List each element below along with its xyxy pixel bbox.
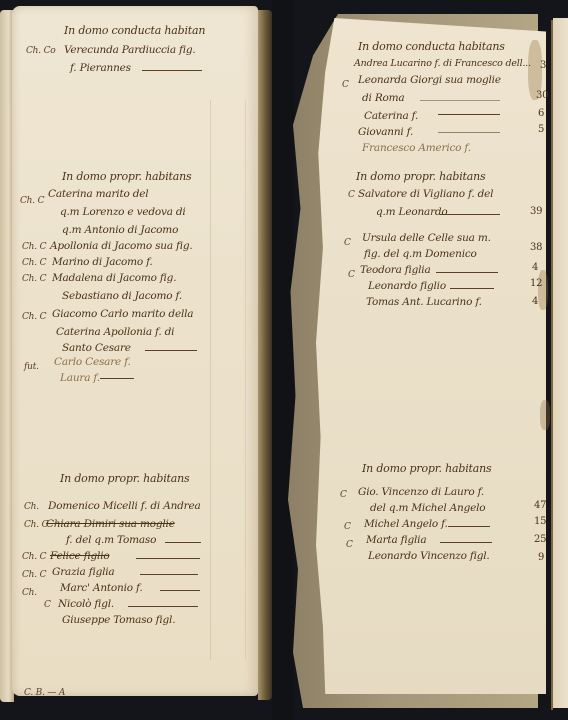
entry-margin-mark: Ch. C xyxy=(20,196,44,206)
entry-name: Verecunda Pardiuccia fig. xyxy=(64,44,196,56)
entry-age: 12 xyxy=(530,278,542,289)
entry-name: del q.m Michel Angelo xyxy=(370,502,485,514)
entry-margin-mark: fut. xyxy=(24,362,39,372)
entry-margin-mark: C xyxy=(342,80,349,90)
entry-name: q.m Antonio di Jacomo xyxy=(62,224,178,236)
entry-age: 15 xyxy=(534,516,546,527)
page-crease xyxy=(210,100,246,660)
entry-rule xyxy=(440,542,492,543)
entry-margin-mark: Ch. C xyxy=(22,312,46,322)
entry-age: 3 xyxy=(540,60,546,71)
entry-name: Nicolò figl. xyxy=(58,598,114,610)
entry-margin-mark: Ch. C xyxy=(22,242,46,252)
entry-name: Caterina f. xyxy=(364,110,418,122)
manuscript-scan: In domo conducta habitan Ch. Co Verecund… xyxy=(0,0,568,720)
household-heading: In domo conducta habitans xyxy=(358,40,505,53)
entry-name: Caterina marito del xyxy=(48,188,148,200)
entry-name: Marino di Jacomo f. xyxy=(52,256,153,268)
next-page-edge xyxy=(553,18,568,708)
entry-name: di Roma xyxy=(362,92,404,104)
entry-rule xyxy=(145,350,197,351)
entry-margin-mark: C xyxy=(344,522,351,532)
entry-name: Salvatore di Vigliano f. del xyxy=(358,188,493,200)
entry-rule xyxy=(140,574,198,575)
entry-age: 9 xyxy=(538,552,544,563)
entry-rule xyxy=(436,272,498,273)
book-gutter xyxy=(272,0,294,720)
entry-name: Leonardo Vincenzo figl. xyxy=(368,550,490,562)
entry-margin-mark: Ch. C xyxy=(22,570,46,580)
entry-name: Carlo Cesare f. xyxy=(54,356,131,368)
entry-name: q.m Leonardo xyxy=(376,206,448,218)
entry-rule xyxy=(128,606,198,607)
entry-age: 25 xyxy=(534,534,546,545)
entry-name: f. Pierannes xyxy=(70,62,131,74)
entry-name: Giuseppe Tomaso figl. xyxy=(62,614,175,626)
entry-rule xyxy=(450,288,494,289)
entry-age: 47 xyxy=(534,500,546,511)
entry-age: 38 xyxy=(530,242,542,253)
entry-name: Leonardo figlio xyxy=(368,280,446,292)
entry-age: 5 xyxy=(538,124,544,135)
entry-rule xyxy=(438,132,500,133)
entry-margin-mark: C xyxy=(44,600,51,610)
entry-name: Andrea Lucarino f. di Francesco dell... xyxy=(354,58,531,69)
entry-name-struck: Chiara Dimiri sua moglie xyxy=(46,518,175,530)
entry-rule xyxy=(440,214,500,215)
household-heading: In domo conducta habitan xyxy=(64,24,205,37)
entry-age: 6 xyxy=(538,108,544,119)
entry-margin-mark: C xyxy=(340,490,347,500)
entry-name: Santo Cesare xyxy=(62,342,131,354)
entry-margin-mark: C xyxy=(348,270,355,280)
entry-rule xyxy=(136,558,200,559)
entry-rule xyxy=(100,378,134,379)
entry-margin-mark: Ch. C xyxy=(22,552,46,562)
entry-name: Apollonia di Jacomo sua fig. xyxy=(50,240,193,252)
entry-margin-mark: Ch. xyxy=(24,502,39,512)
entry-name: Tomas Ant. Lucarino f. xyxy=(366,296,482,308)
entry-name: Giovanni f. xyxy=(358,126,413,138)
entry-name: Grazia figlia xyxy=(52,566,115,578)
entry-name: fig. del q.m Domenico xyxy=(364,248,477,260)
entry-name: Domenico Micelli f. di Andrea xyxy=(48,500,201,512)
entry-age: 30 xyxy=(536,90,548,101)
left-page-fold xyxy=(258,10,272,700)
entry-name: f. del q.m Tomaso xyxy=(66,534,156,546)
household-heading: In domo propr. habitans xyxy=(60,472,189,485)
entry-name: Marta figlia xyxy=(366,534,426,546)
entry-name: Giacomo Carlo marito della xyxy=(52,308,193,320)
entry-margin-mark: C xyxy=(344,238,351,248)
entry-rule xyxy=(438,114,500,115)
entry-margin-mark: Ch. xyxy=(22,588,37,598)
entry-rule xyxy=(448,526,490,527)
stain xyxy=(540,400,550,430)
entry-name: Ursula delle Celle sua m. xyxy=(362,232,491,244)
household-heading: In domo propr. habitans xyxy=(362,462,491,475)
entry-name: Caterina Apollonia f. di xyxy=(56,326,174,338)
entry-rule xyxy=(165,542,201,543)
household-heading: In domo propr. habitans xyxy=(356,170,485,183)
entry-rule xyxy=(160,590,200,591)
stain xyxy=(538,270,548,310)
entry-margin-mark: Ch. C xyxy=(22,258,46,268)
household-heading: In domo propr. habitans xyxy=(62,170,191,183)
entry-name: Sebastiano di Jacomo f. xyxy=(62,290,182,302)
entry-name: Michel Angelo f. xyxy=(364,518,448,530)
right-page xyxy=(316,18,546,694)
entry-rule xyxy=(142,70,202,71)
entry-margin-mark: C xyxy=(348,190,355,200)
entry-rule xyxy=(420,100,500,101)
entry-name: Francesco Americo f. xyxy=(362,142,471,154)
entry-name: Madalena di Jacomo fig. xyxy=(52,272,176,284)
entry-name: q.m Lorenzo e vedova di xyxy=(60,206,186,218)
entry-name: Laura f. xyxy=(60,372,100,384)
entry-name: Gio. Vincenzo di Lauro f. xyxy=(358,486,484,498)
entry-name-struck: Felice figlio xyxy=(50,550,109,562)
entry-name: Teodora figlia xyxy=(360,264,431,276)
entry-margin-mark: Ch. Co xyxy=(26,46,56,56)
entry-name: Marc' Antonio f. xyxy=(60,582,142,594)
entry-margin-mark: C xyxy=(346,540,353,550)
page-footer-note: C. B. — A xyxy=(24,688,65,698)
entry-age: 4 xyxy=(532,262,538,273)
entry-name: Leonarda Giorgi sua moglie xyxy=(358,74,501,86)
entry-age: 4 xyxy=(532,296,538,307)
entry-margin-mark: Ch. C xyxy=(22,274,46,284)
entry-age: 39 xyxy=(530,206,542,217)
entry-margin-mark: Ch. C xyxy=(24,520,48,530)
